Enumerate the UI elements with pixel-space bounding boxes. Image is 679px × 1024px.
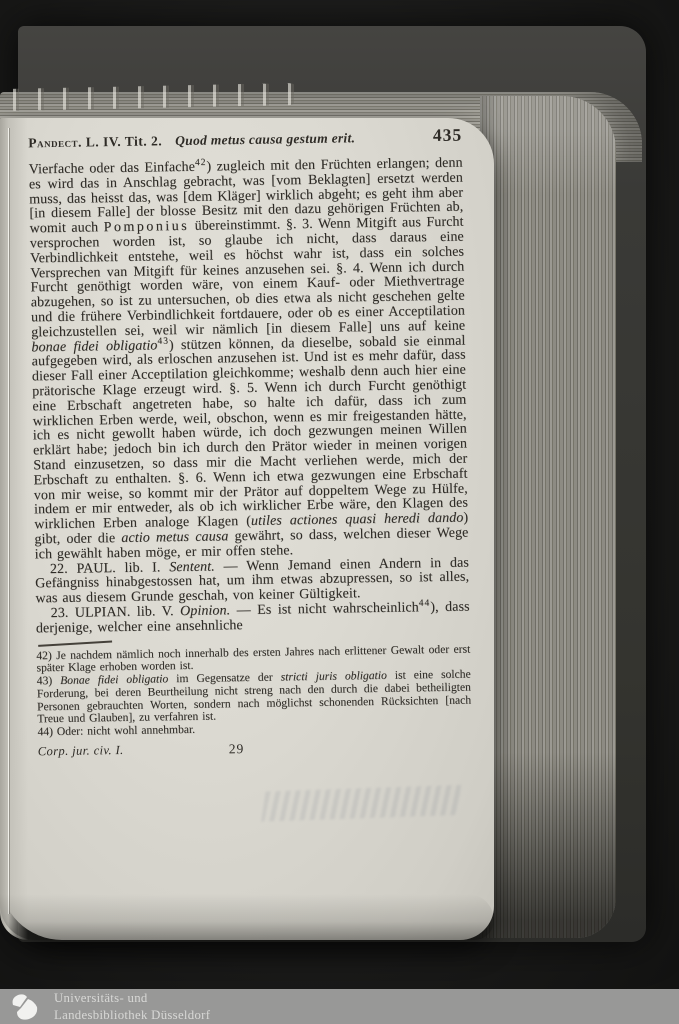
page-content: Pandect. L. IV. Tit. 2. Quod metus causa…: [28, 121, 474, 910]
paragraph: 23. ULPIAN. lib. V. Opinion. — Es ist ni…: [36, 600, 470, 636]
library-watermark-bar: Universitäts- und Landesbibliothek Düsse…: [0, 989, 679, 1024]
signature-row: Corp. jur. civ. I. 29: [38, 738, 472, 763]
header-work-title: Pandect.: [28, 135, 82, 152]
book-photo: Pandect. L. IV. Tit. 2. Quod metus causa…: [0, 0, 679, 1024]
paragraph: Vierfache oder das Einfache42) zugleich …: [29, 157, 469, 563]
library-name-line1: Universitäts- und: [54, 991, 148, 1005]
header-book-ref: L. IV. Tit. 2.: [82, 133, 163, 150]
signature-mark: Corp. jur. civ. I.: [38, 743, 124, 758]
footnote-rule: [38, 640, 112, 646]
ink-show-through: [261, 785, 461, 822]
running-head: Pandect. L. IV. Tit. 2. Quod metus causa…: [28, 125, 462, 153]
page-gutter: [0, 118, 28, 940]
sheet-number: 29: [229, 741, 245, 757]
header-chapter-title: Quod metus causa gestum erit.: [175, 130, 355, 149]
book-page: Pandect. L. IV. Tit. 2. Quod metus causa…: [0, 118, 494, 940]
footnote: 43) Bonae fidei obligatio im Gegensatze …: [37, 669, 472, 727]
footnotes: 42) Je nachdem nämlich noch innerhalb de…: [36, 643, 471, 739]
ulb-duesseldorf-logo-icon: [8, 991, 42, 1023]
body-text: Vierfache oder das Einfache42) zugleich …: [29, 157, 470, 637]
library-name: Universitäts- und Landesbibliothek Düsse…: [54, 990, 210, 1023]
library-name-line2: Landesbibliothek Düsseldorf: [54, 1008, 210, 1022]
page-edges-fore: [480, 96, 616, 938]
page-number: 435: [433, 125, 463, 146]
